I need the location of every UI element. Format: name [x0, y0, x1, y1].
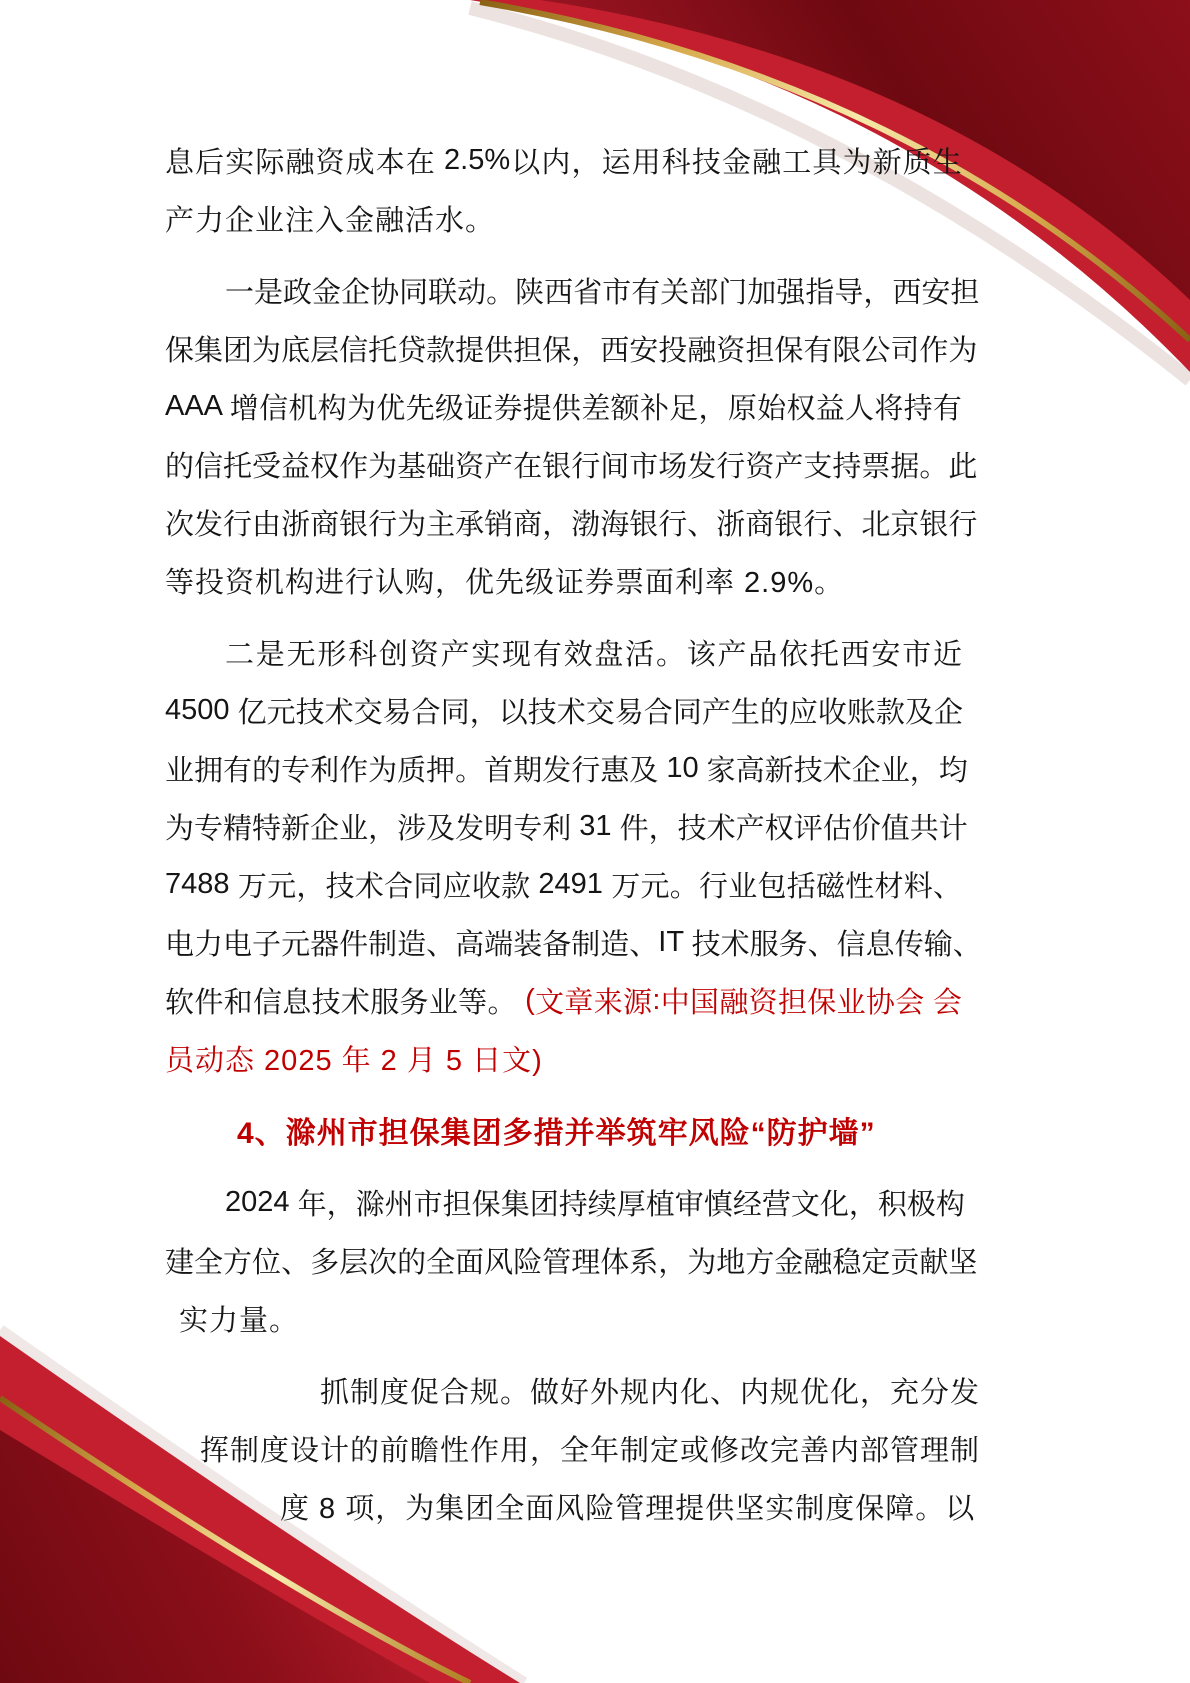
- text-line: 4、滁州市担保集团多措并举筑牢风险“防护墙”: [165, 1101, 962, 1159]
- text-line: 实力量。: [165, 1289, 962, 1347]
- text-line: 二是无形科创资产实现有效盘活。该产品依托西安市近: [165, 623, 962, 681]
- text-line: 度 8 项，为集团全面风险管理提供坚实制度保障。以: [165, 1477, 962, 1535]
- para-chuzhou-intro: 2024 年，滁州市担保集团持续厚植审慎经营文化，积极构建全方位、多层次的全面风…: [165, 1173, 962, 1347]
- text-line: 2024 年，滁州市担保集团持续厚植审慎经营文化，积极构: [165, 1173, 962, 1231]
- document-page: 息后实际融资成本在 2.5%以内，运用科技金融工具为新质生产力企业注入金融活水。…: [0, 0, 1190, 1683]
- text-line: 次发行由浙商银行为主承销商，渤海银行、浙商银行、北京银行: [165, 493, 962, 551]
- text-line: 等投资机构进行认购，优先级证券票面利率 2.9%。: [165, 551, 962, 609]
- text-line: 挥制度设计的前瞻性作用，全年制定或修改完善内部管理制: [165, 1419, 962, 1477]
- heading-section-4: 4、滁州市担保集团多措并举筑牢风险“防护墙”: [165, 1101, 962, 1159]
- text-line: 抓制度促合规。做好外规内化、内规优化，充分发: [165, 1361, 962, 1419]
- text-line: 保集团为底层信托贷款提供担保，西安投融资担保有限公司作为: [165, 319, 962, 377]
- text-line: 建全方位、多层次的全面风险管理体系，为地方金融稳定贡献坚: [165, 1231, 962, 1289]
- text-line: 为专精特新企业，涉及发明专利 31 件，技术产权评估价值共计: [165, 797, 962, 855]
- text-line: 4500 亿元技术交易合同，以技术交易合同产生的应收账款及企: [165, 681, 962, 739]
- para-point-two: 二是无形科创资产实现有效盘活。该产品依托西安市近4500 亿元技术交易合同，以技…: [165, 623, 962, 1087]
- text-line: 的信托受益权作为基础资产在银行间市场发行资产支持票据。此: [165, 435, 962, 493]
- text-line: 产力企业注入金融活水。: [165, 189, 962, 247]
- text-line: 员动态 2025 年 2 月 5 日文): [165, 1029, 962, 1087]
- para-system-compliance: 抓制度促合规。做好外规内化、内规优化，充分发挥制度设计的前瞻性作用，全年制定或修…: [165, 1361, 962, 1535]
- text-line: 软件和信息技术服务业等。 (文章来源:中国融资担保业协会 会: [165, 971, 962, 1029]
- text-line: 业拥有的专利作为质押。首期发行惠及 10 家高新技术企业，均: [165, 739, 962, 797]
- text-line: 7488 万元，技术合同应收款 2491 万元。行业包括磁性材料、: [165, 855, 962, 913]
- para-intro-continuation: 息后实际融资成本在 2.5%以内，运用科技金融工具为新质生产力企业注入金融活水。: [165, 131, 962, 247]
- text-content: 息后实际融资成本在 2.5%以内，运用科技金融工具为新质生产力企业注入金融活水。…: [165, 131, 962, 1535]
- text-line: 电力电子元器件制造、高端装备制造、IT 技术服务、信息传输、: [165, 913, 962, 971]
- text-line: 一是政金企协同联动。陕西省市有关部门加强指导，西安担: [165, 261, 962, 319]
- text-line: AAA 增信机构为优先级证券提供差额补足，原始权益人将持有: [165, 377, 962, 435]
- para-point-one: 一是政金企协同联动。陕西省市有关部门加强指导，西安担保集团为底层信托贷款提供担保…: [165, 261, 962, 609]
- text-line: 息后实际融资成本在 2.5%以内，运用科技金融工具为新质生: [165, 131, 962, 189]
